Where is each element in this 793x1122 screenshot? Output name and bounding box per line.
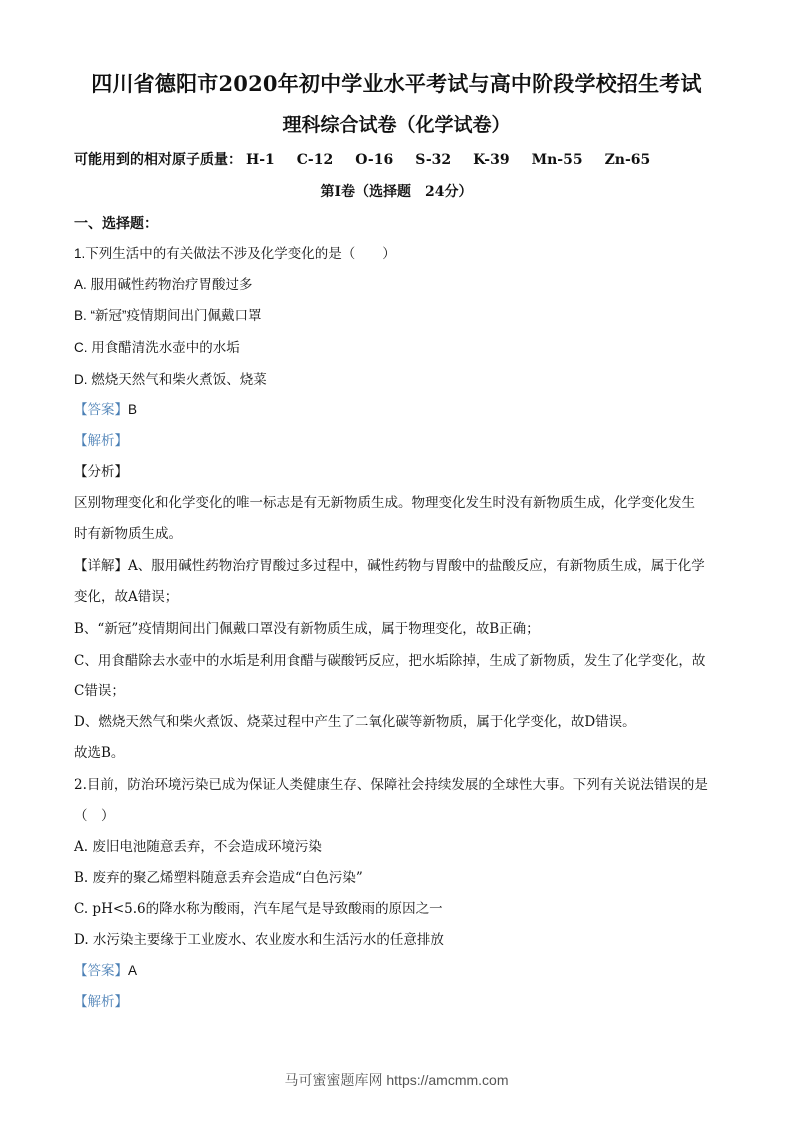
detail-a-text: A、服用碱性药物治疗胃酸过多过程中，碱性药物与胃酸中的盐酸反应，有新物质生成，属… bbox=[128, 558, 705, 574]
question-2-stem-line1: 2.目前，防治环境污染已成为保证人类健康生存、保障社会持续发展的全球性大事。下列… bbox=[74, 776, 708, 794]
answer-value: A bbox=[128, 963, 137, 978]
question-1-option-b: B. “新冠”疫情期间出门佩戴口罩 bbox=[74, 307, 262, 325]
question-2-option-c: C. pH<5.6的降水称为酸雨，汽车尾气是导致酸雨的原因之一 bbox=[74, 900, 443, 918]
atomic-mass-s: S-32 bbox=[415, 151, 451, 169]
question-1-detail-d: D、燃烧天然气和柴火煮饭、烧菜过程中产生了二氧化碳等新物质，属于化学变化，故D错… bbox=[74, 713, 636, 731]
atomic-mass-o: O-16 bbox=[355, 151, 393, 169]
question-2-option-d: D. 水污染主要缘于工业废水、农业废水和生活污水的任意排放 bbox=[74, 931, 444, 949]
question-1-conclusion: 故选B。 bbox=[74, 744, 124, 762]
question-2-stem-line2: （ ） bbox=[74, 807, 115, 825]
question-1-stem: 1.下列生活中的有关做法不涉及化学变化的是（ ） bbox=[74, 245, 396, 263]
exam-subtitle: 理科综合试卷（化学试卷） bbox=[0, 112, 793, 138]
question-1-answer: 【答案】B bbox=[74, 401, 137, 419]
question-1-fenxi-line2: 时有新物质生成。 bbox=[74, 525, 182, 543]
question-2-answer: 【答案】A bbox=[74, 962, 137, 980]
atomic-mass-c: C-12 bbox=[297, 151, 333, 169]
atomic-mass-h: H-1 bbox=[246, 151, 275, 169]
answer-value: B bbox=[128, 402, 137, 417]
question-1-detail-a-line2: 变化，故A错误； bbox=[74, 588, 178, 606]
question-2-analysis-label: 【解析】 bbox=[74, 993, 128, 1011]
question-1-fenxi-label: 【分析】 bbox=[74, 463, 128, 481]
atomic-masses-label: 可能用到的相对原子质量： bbox=[74, 152, 242, 168]
question-1-option-c: C. 用食醋清洗水壶中的水垢 bbox=[74, 339, 240, 357]
atomic-mass-mn: Mn-55 bbox=[532, 151, 583, 169]
answer-label: 【答案】 bbox=[74, 963, 128, 978]
part-title: 第Ⅰ卷（选择题 24分） bbox=[0, 183, 793, 201]
question-1-option-a: A. 服用碱性药物治疗胃酸过多 bbox=[74, 276, 253, 294]
atomic-masses: 可能用到的相对原子质量：H-1C-12O-16S-32K-39Mn-55Zn-6… bbox=[74, 151, 672, 169]
exam-page: 四川省德阳市2020年初中学业水平考试与高中阶段学校招生考试 理科综合试卷（化学… bbox=[0, 0, 793, 1122]
question-1-detail-b: B、“新冠”疫情期间出门佩戴口罩没有新物质生成，属于物理变化，故B正确； bbox=[74, 620, 540, 638]
atomic-mass-k: K-39 bbox=[473, 151, 509, 169]
question-1-fenxi-line1: 区别物理变化和化学变化的唯一标志是有无新物质生成。物理变化发生时没有新物质生成，… bbox=[74, 494, 695, 512]
question-1-detail-c-line2: C错误； bbox=[74, 682, 125, 700]
question-1-option-d: D. 燃烧天然气和柴火煮饭、烧菜 bbox=[74, 371, 267, 389]
section-title: 一、选择题： bbox=[74, 215, 158, 233]
question-1-detail-a-line1: 【详解】A、服用碱性药物治疗胃酸过多过程中，碱性药物与胃酸中的盐酸反应，有新物质… bbox=[74, 557, 705, 575]
question-1-analysis-label: 【解析】 bbox=[74, 432, 128, 450]
footer-watermark: 马可蜜蜜题库网 https://amcmm.com bbox=[0, 1071, 793, 1089]
question-2-option-a: A. 废旧电池随意丢弃，不会造成环境污染 bbox=[74, 838, 322, 856]
atomic-mass-zn: Zn-65 bbox=[605, 151, 651, 169]
exam-title: 四川省德阳市2020年初中学业水平考试与高中阶段学校招生考试 bbox=[0, 70, 793, 98]
question-1-detail-c-line1: C、用食醋除去水壶中的水垢是利用食醋与碳酸钙反应，把水垢除掉，生成了新物质，发生… bbox=[74, 652, 705, 670]
question-2-option-b: B. 废弃的聚乙烯塑料随意丢弃会造成“白色污染” bbox=[74, 869, 363, 887]
answer-label: 【答案】 bbox=[74, 402, 128, 417]
detail-label: 【详解】 bbox=[74, 558, 128, 574]
